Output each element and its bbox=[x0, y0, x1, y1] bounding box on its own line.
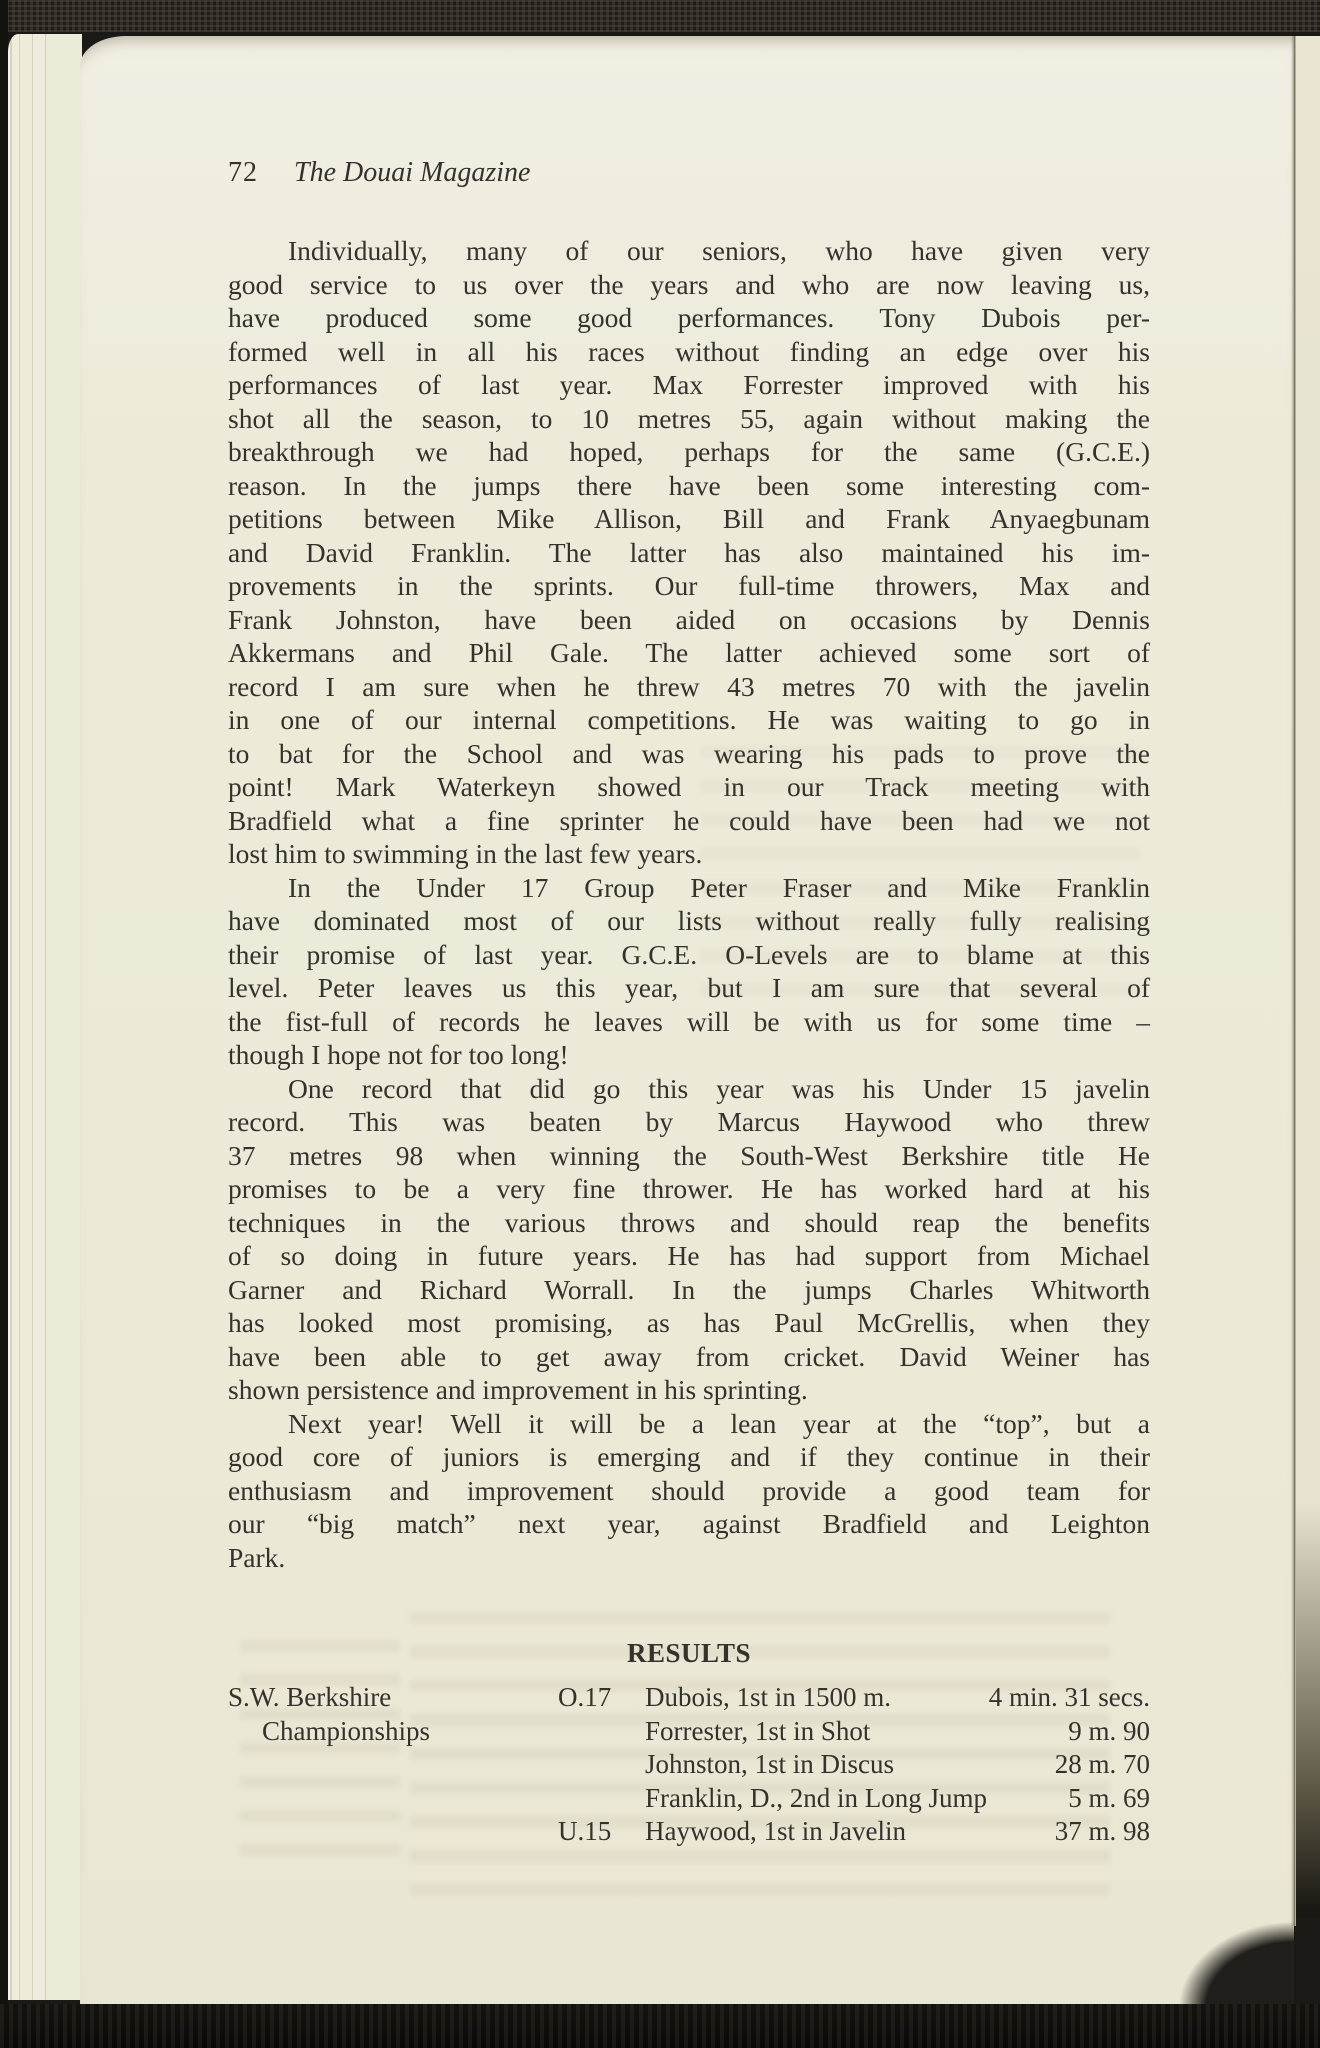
text-line: good core of juniors is emerging and if … bbox=[228, 1440, 1150, 1474]
event-cell bbox=[228, 1748, 558, 1782]
page-header: 72 The Douai Magazine bbox=[228, 156, 1150, 190]
page-number: 72 bbox=[228, 156, 258, 190]
magazine-title: The Douai Magazine bbox=[294, 156, 530, 190]
mark-cell: 37 m. 98 bbox=[989, 1815, 1150, 1849]
results-section: RESULTS S.W. BerkshireO.17Dubois, 1st in… bbox=[228, 1638, 1150, 1849]
text-line: reason. In the jumps there have been som… bbox=[228, 469, 1150, 503]
age-group-cell bbox=[558, 1748, 645, 1782]
text-line: techniques in the various throws and sho… bbox=[228, 1206, 1150, 1240]
mark-cell: 28 m. 70 bbox=[989, 1748, 1150, 1782]
book-cover-left-band bbox=[0, 0, 8, 2048]
text-line: Bradfield what a fine sprinter he could … bbox=[228, 804, 1150, 838]
text-line: our “big match” next year, against Bradf… bbox=[228, 1507, 1150, 1541]
right-page-fore-edge bbox=[1296, 36, 1320, 1916]
entry-cell: Haywood, 1st in Javelin bbox=[645, 1815, 989, 1849]
mark-cell: 4 min. 31 secs. bbox=[989, 1681, 1150, 1715]
text-line: In the Under 17 Group Peter Fraser and M… bbox=[228, 871, 1150, 905]
text-line: Park. bbox=[228, 1541, 1150, 1575]
event-cell bbox=[228, 1815, 558, 1849]
text-line: have been able to get away from cricket.… bbox=[228, 1340, 1150, 1374]
event-cell: S.W. Berkshire bbox=[228, 1681, 558, 1715]
event-cell: Championships bbox=[228, 1715, 558, 1749]
text-line: provements in the sprints. Our full-time… bbox=[228, 569, 1150, 603]
text-line: shown persistence and improvement in his… bbox=[228, 1373, 1150, 1407]
age-group-cell: U.15 bbox=[558, 1815, 645, 1849]
page-content: 72 The Douai Magazine Individually, many… bbox=[228, 156, 1150, 1849]
text-line: performances of last year. Max Forrester… bbox=[228, 368, 1150, 402]
text-line: their promise of last year. G.C.E. O-Lev… bbox=[228, 938, 1150, 972]
entry-cell: Franklin, D., 2nd in Long Jump bbox=[645, 1782, 989, 1816]
text-line: record I am sure when he threw 43 metres… bbox=[228, 670, 1150, 704]
text-line: Individually, many of our seniors, who h… bbox=[228, 234, 1150, 268]
text-line: 37 metres 98 when winning the South-West… bbox=[228, 1139, 1150, 1173]
text-line: record. This was beaten by Marcus Haywoo… bbox=[228, 1105, 1150, 1139]
text-line: enthusiasm and improvement should provid… bbox=[228, 1474, 1150, 1508]
results-table: S.W. BerkshireO.17Dubois, 1st in 1500 m.… bbox=[228, 1681, 1150, 1849]
text-line: point! Mark Waterkeyn showed in our Trac… bbox=[228, 770, 1150, 804]
book-cover-bottom-band bbox=[0, 2004, 1320, 2048]
text-line: to bat for the School and was wearing hi… bbox=[228, 737, 1150, 771]
mark-cell: 9 m. 90 bbox=[989, 1715, 1150, 1749]
text-line: One record that did go this year was his… bbox=[228, 1072, 1150, 1106]
text-line: the fist-full of records he leaves will … bbox=[228, 1005, 1150, 1039]
event-cell bbox=[228, 1782, 558, 1816]
text-line: and David Franklin. The latter has also … bbox=[228, 536, 1150, 570]
text-line: in one of our internal competitions. He … bbox=[228, 703, 1150, 737]
entry-cell: Dubois, 1st in 1500 m. bbox=[645, 1681, 989, 1715]
article-body: Individually, many of our seniors, who h… bbox=[228, 234, 1150, 1574]
text-line: formed well in all his races without fin… bbox=[228, 335, 1150, 369]
results-heading: RESULTS bbox=[228, 1638, 1150, 1669]
text-line: Next year! Well it will be a lean year a… bbox=[228, 1407, 1150, 1441]
book-page: 72 The Douai Magazine Individually, many… bbox=[80, 36, 1294, 2008]
text-line: has looked most promising, as has Paul M… bbox=[228, 1306, 1150, 1340]
text-line: petitions between Mike Allison, Bill and… bbox=[228, 502, 1150, 536]
age-group-cell bbox=[558, 1715, 645, 1749]
text-line: good service to us over the years and wh… bbox=[228, 268, 1150, 302]
text-line: of so doing in future years. He has had … bbox=[228, 1239, 1150, 1273]
text-line: have dominated most of our lists without… bbox=[228, 904, 1150, 938]
text-line: shot all the season, to 10 metres 55, ag… bbox=[228, 402, 1150, 436]
text-line: breakthrough we had hoped, perhaps for t… bbox=[228, 435, 1150, 469]
age-group-cell: O.17 bbox=[558, 1681, 645, 1715]
text-line: have produced some good performances. To… bbox=[228, 301, 1150, 335]
entry-cell: Forrester, 1st in Shot bbox=[645, 1715, 989, 1749]
page-stack-edges bbox=[8, 34, 82, 2000]
entry-cell: Johnston, 1st in Discus bbox=[645, 1748, 989, 1782]
book-cover-top-band bbox=[0, 0, 1320, 32]
text-line: Frank Johnston, have been aided on occas… bbox=[228, 603, 1150, 637]
text-line: though I hope not for too long! bbox=[228, 1038, 1150, 1072]
text-line: Akkermans and Phil Gale. The latter achi… bbox=[228, 636, 1150, 670]
text-line: lost him to swimming in the last few yea… bbox=[228, 837, 1150, 871]
text-line: promises to be a very fine thrower. He h… bbox=[228, 1172, 1150, 1206]
text-line: Garner and Richard Worrall. In the jumps… bbox=[228, 1273, 1150, 1307]
mark-cell: 5 m. 69 bbox=[989, 1782, 1150, 1816]
scanned-book-spread: 72 The Douai Magazine Individually, many… bbox=[0, 0, 1320, 2048]
text-line: level. Peter leaves us this year, but I … bbox=[228, 971, 1150, 1005]
age-group-cell bbox=[558, 1782, 645, 1816]
